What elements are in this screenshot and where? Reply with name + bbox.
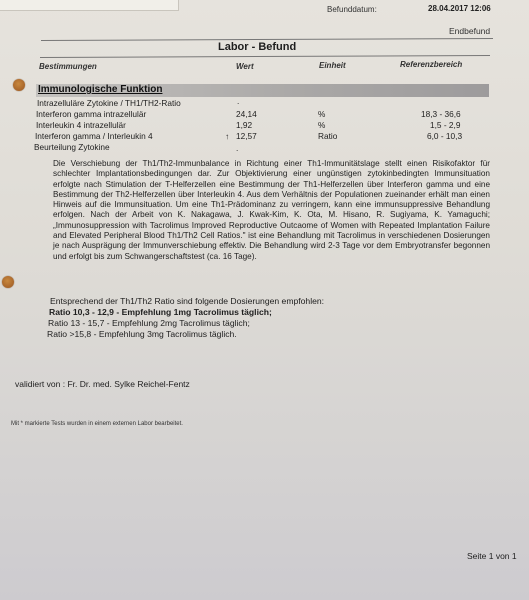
validated-by: validiert von : Fr. Dr. med. Sylke Reich… [15, 379, 190, 389]
dosing-line-2: Ratio 13 - 15,7 - Empfehlung 2mg Tacroli… [48, 318, 250, 329]
section-title: Immunologische Funktion [38, 84, 162, 95]
result-unit: % [318, 109, 325, 119]
result-row: Interleukin 4 intrazellulär 1,92 % 1,5 -… [0, 120, 529, 131]
result-name: Interferon gamma intrazellulär [36, 109, 146, 119]
result-value: 1,92 [236, 120, 252, 130]
column-header-einheit: Einheit [319, 61, 346, 70]
result-name: Interleukin 4 intrazellulär [36, 120, 126, 130]
result-row-flagged: Interferon gamma / Interleukin 4 ↑ 12,57… [0, 131, 529, 142]
result-name: Beurteilung Zytokine [34, 142, 110, 152]
result-reference: 6,0 - 10,3 [427, 131, 462, 141]
result-row: Interferon gamma intrazellulär 24,14 % 1… [0, 109, 529, 120]
page-title: Labor - Befund [218, 41, 296, 53]
result-unit: % [318, 120, 325, 130]
result-row: Intrazelluläre Zytokine / TH1/TH2-Ratio … [0, 98, 529, 109]
dosing-intro: Entsprechend der Th1/Th2 Ratio sind folg… [50, 296, 324, 307]
befunddatum-value: 28.04.2017 12:06 [428, 4, 491, 13]
paper-edge [0, 0, 179, 11]
arrow-up-icon: ↑ [225, 131, 229, 141]
column-header-wert: Wert [236, 62, 254, 71]
result-value: 24,14 [236, 109, 257, 119]
punch-hole-bottom [2, 276, 14, 288]
result-name: Intrazelluläre Zytokine / TH1/TH2-Ratio [37, 98, 181, 108]
befunddatum-label: Befunddatum: [327, 5, 377, 14]
result-unit: Ratio [318, 131, 337, 141]
report-status: Endbefund [449, 26, 490, 36]
page-number: Seite 1 von 1 [467, 551, 517, 561]
result-name: Interferon gamma / Interleukin 4 [35, 131, 153, 141]
result-reference: 18,3 - 36,6 [421, 109, 461, 119]
header-rule-bottom [40, 55, 490, 58]
external-lab-note: Mit * markierte Tests wurden in einem ex… [11, 421, 183, 427]
dosing-line-1: Ratio 10,3 - 12,9 - Empfehlung 1mg Tacro… [49, 307, 272, 318]
dosing-line-3: Ratio >15,8 - Empfehlung 3mg Tacrolimus … [47, 329, 237, 340]
result-value: . [236, 143, 238, 153]
result-reference: 1,5 - 2,9 [430, 120, 460, 130]
result-row: Beurteilung Zytokine . [0, 142, 529, 153]
punch-hole-top [13, 79, 25, 91]
result-value: . [237, 96, 239, 106]
assessment-paragraph: Die Verschiebung der Th1/Th2-Immunbalanc… [53, 159, 490, 262]
column-header-bestimmungen: Bestimmungen [39, 62, 97, 71]
result-value: 12,57 [236, 131, 257, 141]
column-header-referenzbereich: Referenzbereich [400, 60, 462, 69]
